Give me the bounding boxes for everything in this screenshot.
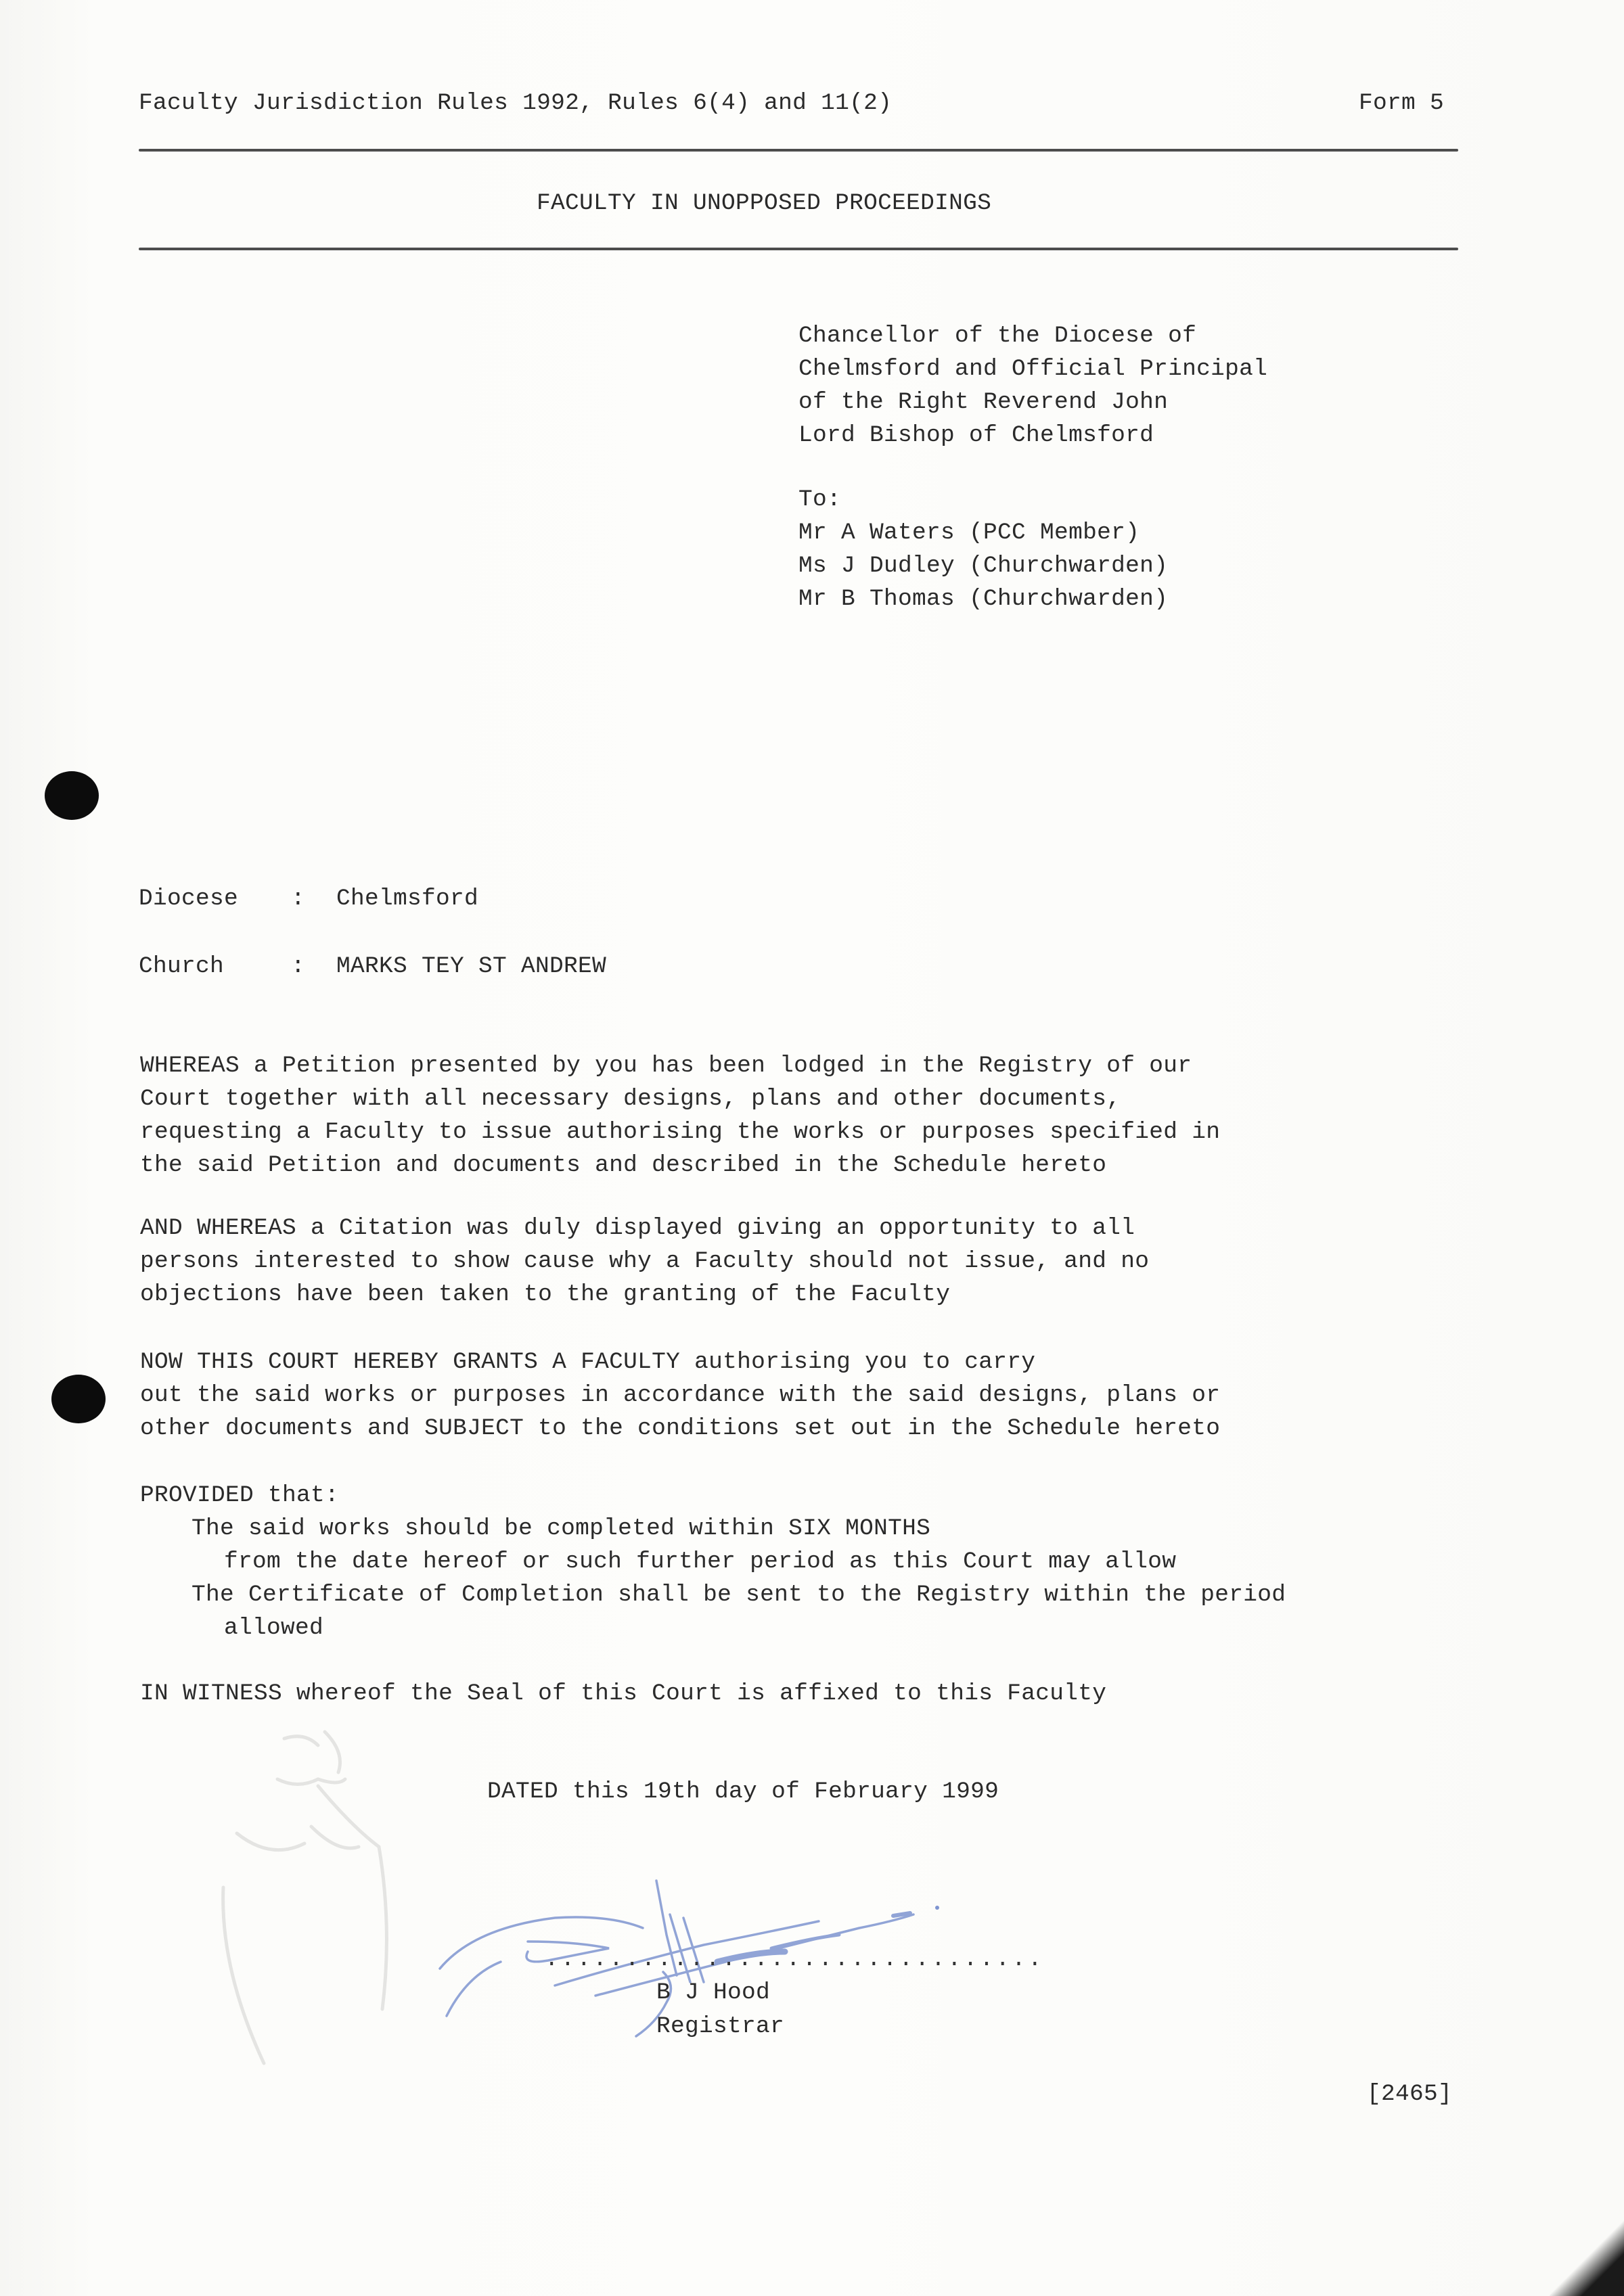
recipient: Mr B Thomas (Churchwarden) — [798, 582, 1168, 616]
paragraph-line: objections have been taken to the granti… — [140, 1278, 1149, 1311]
diocese-separator: : — [291, 882, 305, 915]
paragraph-line: persons interested to show cause why a F… — [140, 1245, 1149, 1278]
church-value: MARKS TEY ST ANDREW — [336, 950, 606, 983]
whereas-paragraph: WHEREAS a Petition presented by you has … — [140, 1049, 1220, 1182]
dated-line: DATED this 19th day of February 1999 — [487, 1775, 999, 1808]
recipients-label: To: — [798, 483, 1168, 516]
reference-number: [2465] — [1367, 2077, 1452, 2111]
document-page: Faculty Jurisdiction Rules 1992, Rules 6… — [0, 0, 1624, 2296]
recipient: Ms J Dudley (Churchwarden) — [798, 549, 1168, 582]
church-separator: : — [291, 950, 305, 983]
form-number: Form 5 — [1359, 87, 1444, 120]
punch-hole-bottom — [51, 1375, 106, 1423]
header-rule-bottom — [139, 248, 1458, 250]
page-corner-shadow — [1550, 2201, 1624, 2296]
diocese-label: Diocese — [139, 882, 238, 915]
paragraph-line: out the said works or purposes in accord… — [140, 1379, 1220, 1412]
embossed-seal-icon — [203, 1712, 420, 2090]
paragraph-line: the said Petition and documents and desc… — [140, 1149, 1220, 1182]
signatory-name: B J Hood — [656, 1976, 770, 2009]
condition-line: The said works should be completed withi… — [140, 1512, 1286, 1545]
paragraph-line: WHEREAS a Petition presented by you has … — [140, 1049, 1220, 1082]
recipient: Mr A Waters (PCC Member) — [798, 516, 1168, 549]
recipients-block: To: Mr A Waters (PCC Member) Ms J Dudley… — [798, 483, 1168, 616]
punch-hole-top — [45, 771, 99, 820]
paragraph-line: requesting a Faculty to issue authorisin… — [140, 1116, 1220, 1149]
issuer-line: of the Right Reverend John — [798, 386, 1267, 419]
issuer-block: Chancellor of the Diocese of Chelmsford … — [798, 319, 1267, 452]
signatory-role: Registrar — [656, 2010, 784, 2043]
condition-continuation: allowed — [140, 1611, 1286, 1645]
issuer-line: Chelmsford and Official Principal — [798, 352, 1267, 386]
diocese-value: Chelmsford — [336, 882, 478, 915]
issuer-line: Chancellor of the Diocese of — [798, 319, 1267, 352]
paragraph-line: NOW THIS COURT HEREBY GRANTS A FACULTY a… — [140, 1346, 1220, 1379]
rules-reference: Faculty Jurisdiction Rules 1992, Rules 6… — [139, 87, 892, 120]
header-rule-top — [139, 149, 1458, 152]
condition-continuation: from the date hereof or such further per… — [140, 1545, 1286, 1578]
provided-label: PROVIDED that: — [140, 1479, 1286, 1512]
paragraph-line: Court together with all necessary design… — [140, 1082, 1220, 1116]
document-title: FACULTY IN UNOPPOSED PROCEEDINGS — [537, 187, 991, 220]
witness-clause: IN WITNESS whereof the Seal of this Cour… — [140, 1677, 1106, 1710]
paragraph-line: AND WHEREAS a Citation was duly displaye… — [140, 1212, 1149, 1245]
signature-line: ............................... — [545, 1947, 1044, 1973]
and-whereas-paragraph: AND WHEREAS a Citation was duly displaye… — [140, 1212, 1149, 1311]
provided-section: PROVIDED that: The said works should be … — [140, 1479, 1286, 1645]
grant-paragraph: NOW THIS COURT HEREBY GRANTS A FACULTY a… — [140, 1346, 1220, 1445]
condition-line: The Certificate of Completion shall be s… — [140, 1578, 1286, 1611]
paragraph-line: other documents and SUBJECT to the condi… — [140, 1412, 1220, 1445]
church-label: Church — [139, 950, 224, 983]
issuer-line: Lord Bishop of Chelmsford — [798, 419, 1267, 452]
